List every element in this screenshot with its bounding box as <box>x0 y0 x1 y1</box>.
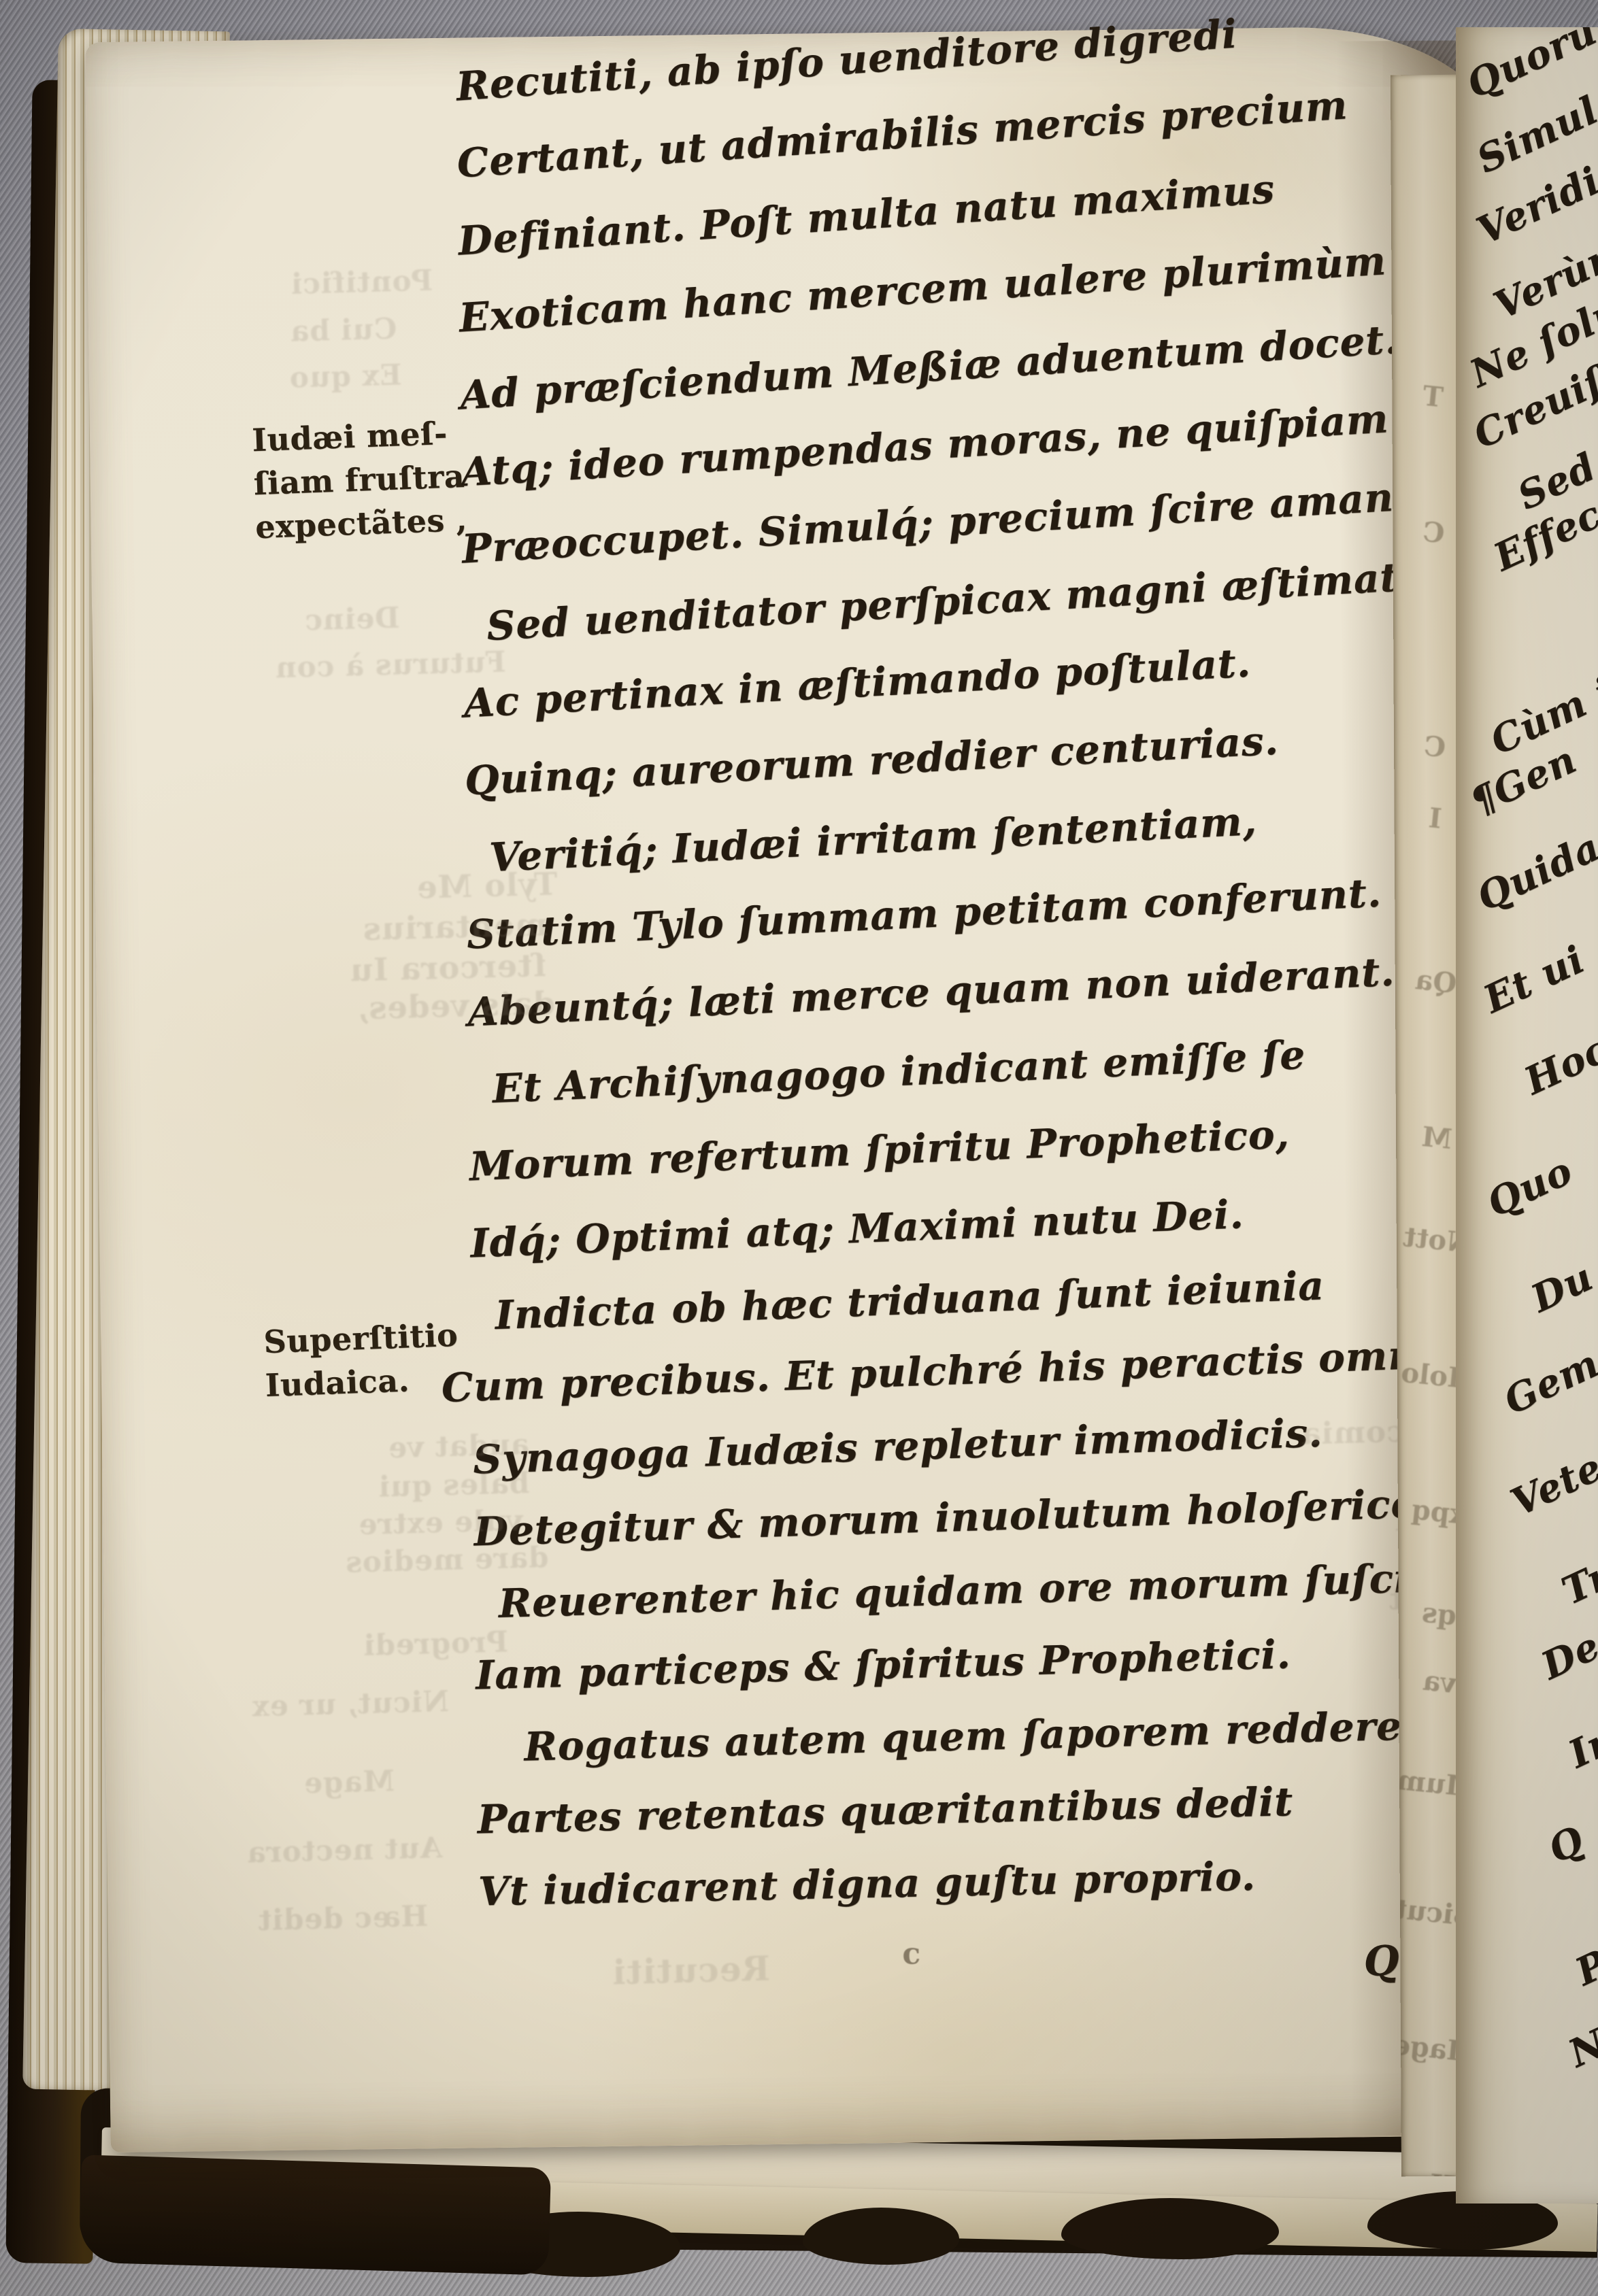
ghost-text-fragment: dais vedes, <box>356 985 556 1027</box>
verse-line: Indicta ob hæc triduana ſunt ieiunia <box>495 1262 1325 1338</box>
ghost-text-fragment: vule extre <box>358 1504 523 1541</box>
ghost-text-fragment: mentarius <box>362 906 548 947</box>
right-page-line-fragment: P <box>1569 1942 1598 1995</box>
ghost-text-fragment: Pontifici <box>290 264 433 301</box>
ghost-text-fragment: ſtercora Iu <box>349 947 547 989</box>
verse-line: Iam particeps & ſpiritus Prophetici. <box>475 1632 1291 1699</box>
ghost-text-fragment: Progredi <box>363 1625 508 1662</box>
ghost-text-fragment: Deinc <box>304 601 400 637</box>
ghost-text-fragment: Hæc dedit <box>257 1900 429 1938</box>
book-page-right-partial[interactable]: QuorumSimulatq́VeridicuVerùmNe ſolusCreu… <box>1456 27 1598 2204</box>
show-through-ghost-text: PontificiCui baEx quoDeincFuturus à conT… <box>85 25 1497 42</box>
right-page-line-fragment: N <box>1562 2021 1598 2076</box>
ghost-text-fragment: Recutiti <box>612 1948 771 1993</box>
verse-line: Abeuntq́; læti merce quam non uiderant. <box>467 948 1396 1035</box>
margin-notes: Iudæi meſ-ſiam fruſtraexpectãtes ,Superſ… <box>85 25 1497 42</box>
right-page-line-fragment: Gem <box>1497 1341 1598 1423</box>
right-page-line-fragment: Q <box>1542 1817 1591 1872</box>
ghost-text-fragment: Tylo Me <box>416 865 558 905</box>
right-page-line-fragment: Quo <box>1480 1148 1580 1226</box>
ghost-text-fragment: dare medios <box>345 1540 549 1579</box>
margin-note: SuperſtitioIudaica. <box>263 1312 490 1407</box>
ghost-text-fragment: Aut nectora <box>246 1831 443 1870</box>
verse-line: Statim Tylo ſummam petitam conferunt. <box>465 870 1382 958</box>
right-page-line-fragment: Vete <box>1504 1445 1598 1525</box>
right-page-line-fragment: Tr <box>1555 1553 1598 1614</box>
verse-line: Quinq; aureorum reddier centurias. <box>464 717 1280 804</box>
verse-line: Idq́; Optimi atq; Maximi nutu Dei. <box>469 1191 1245 1266</box>
right-page-line-fragment: In <box>1562 1717 1598 1777</box>
ghost-text-fragment: Futurus à con <box>275 645 507 684</box>
verse-line: Cum precibus. Et pulchré his peractis om… <box>441 1328 1529 1411</box>
signature-mark: c <box>902 1936 920 1971</box>
right-page-line-fragment: Et ui <box>1477 937 1591 1022</box>
verse-line: Synagoga Iudæis repletur immodicis. <box>472 1409 1323 1483</box>
right-page-line-fragment: Du <box>1525 1255 1598 1321</box>
verse-text-block: Recutiti, ab ipſo uenditore digrediCerta… <box>85 25 1497 42</box>
verse-line: Morum refertum ſpiritu Prophetico, <box>469 1111 1291 1189</box>
ghost-text-fragment: bales qui <box>378 1466 530 1504</box>
verse-line: Sed uenditator perſpicax magni æſtimat. <box>486 553 1415 649</box>
ghost-text-fragment: Ex quo <box>288 358 402 394</box>
ghost-text-fragment: Nicut, ur ex <box>251 1685 449 1723</box>
book-cover-bottom-edge <box>79 2155 551 2275</box>
margin-note: Iudæi meſ-ſiam fruſtraexpectãtes , <box>251 410 480 549</box>
verse-line: Atq; ideo rumpendas moras, ne quiſpiam <box>460 395 1390 495</box>
right-page-line-fragment: Hoc <box>1518 1026 1598 1104</box>
verse-line: Definiant. Poſt multa natu maximus <box>456 165 1276 264</box>
ghost-text-fragment: Cui ba <box>289 312 397 348</box>
verse-line: Veritiq́; Iudæi irritam ſententiam, <box>488 798 1258 881</box>
right-page-line-fragment: De <box>1535 1623 1598 1689</box>
verse-line: Rogatus autem quem ſaporem redderet, <box>524 1702 1436 1770</box>
verse-line: Reuerenter hic quidam ore morum ſuſcipit <box>498 1553 1473 1627</box>
book-page-left[interactable]: Recutiti, ab ipſo uenditore digrediCerta… <box>85 25 1522 2152</box>
right-page-line-fragment: Quida <box>1470 824 1598 920</box>
verse-line: Vt iudicarent digna guſtu proprio. <box>478 1853 1256 1915</box>
verse-line: Ac pertinax in æſtimando poſtulat. <box>463 640 1252 727</box>
ghost-text-fragment: audat ve <box>388 1428 530 1464</box>
verse-line: Partes retentas quæritantibus dedit <box>477 1778 1294 1842</box>
verse-line: Recutiti, ab ipſo uenditore digredi <box>454 10 1238 109</box>
verse-line: Detegitur & morum inuolutum holoſerico. <box>473 1480 1432 1555</box>
ghost-text-fragment: Mage <box>303 1764 395 1800</box>
verse-line: Et Archiſynagogo indicant emiſſe ſe <box>491 1032 1306 1112</box>
verse-line: Præoccupet. Simulq́; precium ſcire amant… <box>461 472 1428 572</box>
photograph-of-open-book: { "colors": { "fabric": "#8e8d93", "pape… <box>0 0 1598 2296</box>
